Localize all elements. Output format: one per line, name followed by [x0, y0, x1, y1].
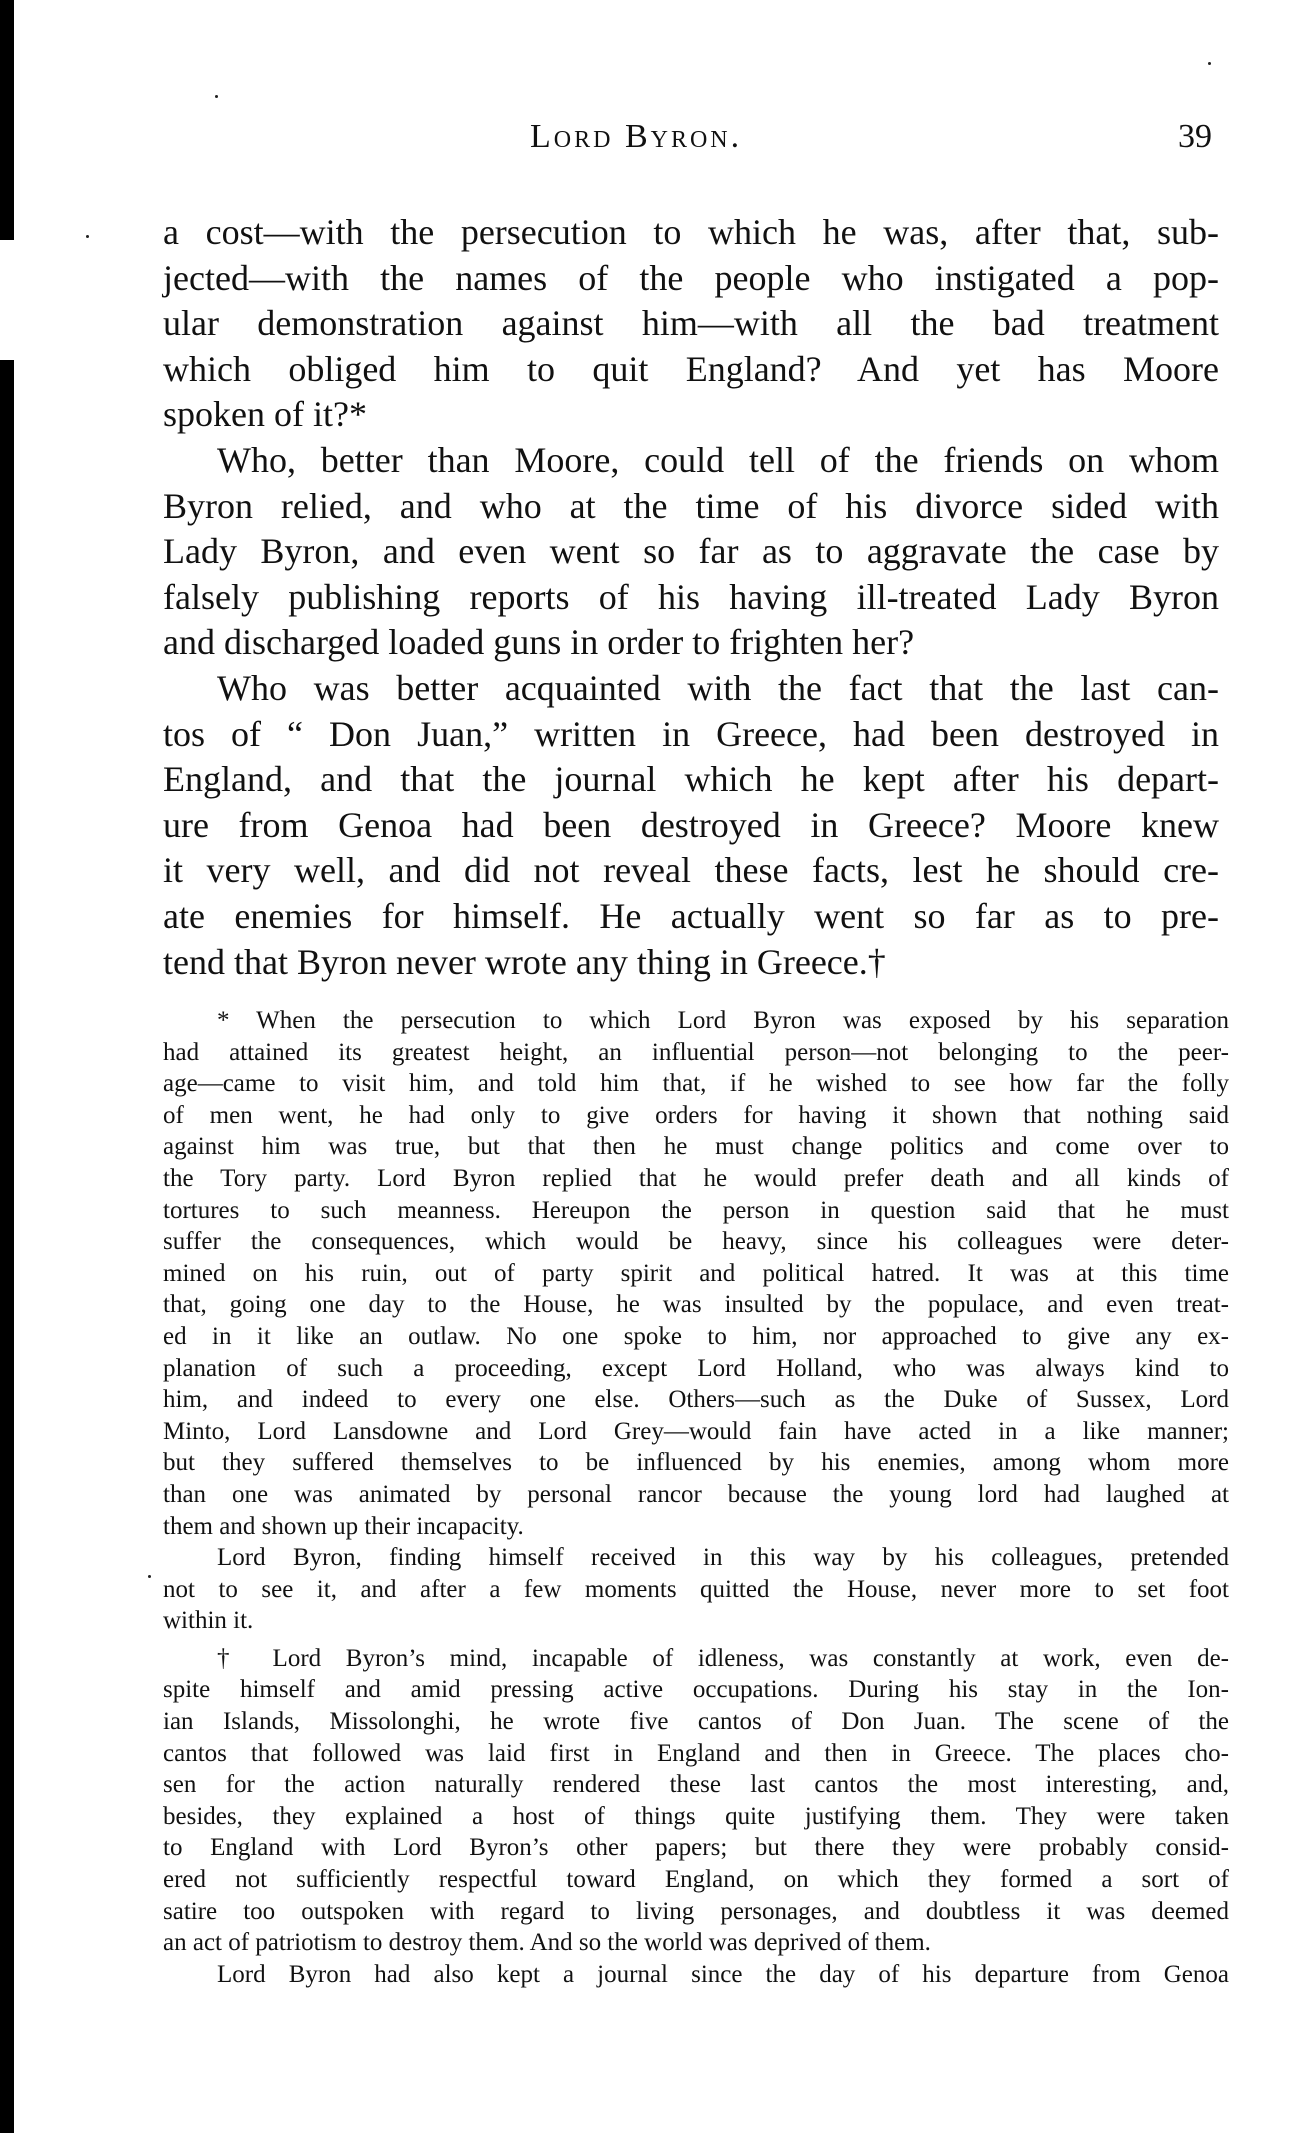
text-line: tend that Byron never wrote any thing in… — [163, 940, 1219, 986]
footnote-line: that, going one day to the House, he was… — [163, 1289, 1229, 1321]
footnote-line: spite himself and amid pressing active o… — [163, 1674, 1229, 1706]
text-line: England, and that the journal which he k… — [163, 757, 1219, 803]
scan-speck — [215, 95, 218, 98]
text-line: Who, better than Moore, could tell of th… — [163, 438, 1219, 484]
footnote-line: ian Islands, Missolonghi, he wrote five … — [163, 1706, 1229, 1738]
text-line: Who was better acquainted with the fact … — [163, 666, 1219, 712]
text-line: ure from Genoa had been destroyed in Gre… — [163, 803, 1219, 849]
footnote-line: Minto, Lord Lansdowne and Lord Grey—woul… — [163, 1416, 1229, 1448]
footnote-line: of men went, he had only to give orders … — [163, 1100, 1229, 1132]
text-line: tos of “ Don Juan,” written in Greece, h… — [163, 712, 1219, 758]
text-line: jected—with the names of the people who … — [163, 256, 1219, 302]
footnote-line: to England with Lord Byron’s other paper… — [163, 1832, 1229, 1864]
footnote-line: age—came to visit him, and told him that… — [163, 1068, 1229, 1100]
footnote-line: Lord Byron, finding himself received in … — [163, 1542, 1229, 1574]
footnote-line: than one was animated by personal rancor… — [163, 1479, 1229, 1511]
footnote-line: but they suffered themselves to be influ… — [163, 1447, 1229, 1479]
scan-edge-shadow-bottom — [0, 360, 14, 2133]
footnote-line: the Tory party. Lord Byron replied that … — [163, 1163, 1229, 1195]
text-line: which obliged him to quit England? And y… — [163, 347, 1219, 393]
text-line: Byron relied, and who at the time of his… — [163, 484, 1219, 530]
footnote-line: * When the persecution to which Lord Byr… — [163, 1005, 1229, 1037]
scan-speck — [148, 1575, 151, 1578]
footnote-line: mined on his ruin, out of party spirit a… — [163, 1258, 1229, 1290]
footnote-asterisk: * When the persecution to which Lord Byr… — [163, 1005, 1229, 1637]
footnote-line: ered not sufficiently respectful toward … — [163, 1864, 1229, 1896]
main-text: a cost—with the persecution to which he … — [163, 210, 1219, 985]
page-number: 39 — [1178, 118, 1212, 156]
footnote-line: suffer the consequences, which would be … — [163, 1226, 1229, 1258]
footnote-line: had attained its greatest height, an inf… — [163, 1037, 1229, 1069]
text-line: and discharged loaded guns in order to f… — [163, 620, 1219, 666]
text-line: spoken of it?* — [163, 392, 1219, 438]
page-header: Lord Byron. 39 — [0, 118, 1305, 168]
footnote-line: him, and indeed to every one else. Other… — [163, 1384, 1229, 1416]
text-line: it very well, and did not reveal these f… — [163, 848, 1219, 894]
footnote-line: not to see it, and after a few moments q… — [163, 1574, 1229, 1606]
footnote-line: tortures to such meanness. Hereupon the … — [163, 1195, 1229, 1227]
footnote-dagger: † Lord Byron’s mind, incapable of idlene… — [163, 1643, 1229, 1991]
footnote-line: cantos that followed was laid first in E… — [163, 1738, 1229, 1770]
footnote-line: an act of patriotism to destroy them. An… — [163, 1927, 1229, 1959]
footnote-line: ed in it like an outlaw. No one spoke to… — [163, 1321, 1229, 1353]
paragraph: Who was better acquainted with the fact … — [163, 666, 1219, 985]
scan-speck — [1208, 62, 1211, 65]
text-line: ate enemies for himself. He actually wen… — [163, 894, 1219, 940]
scan-speck — [86, 235, 89, 238]
footnote-line: against him was true, but that then he m… — [163, 1131, 1229, 1163]
footnote-line: satire too outspoken with regard to livi… — [163, 1896, 1229, 1928]
footnote-line: Lord Byron had also kept a journal since… — [163, 1959, 1229, 1991]
footnote-line: them and shown up their incapacity. — [163, 1511, 1229, 1543]
footnote-line: besides, they explained a host of things… — [163, 1801, 1229, 1833]
text-line: falsely publishing reports of his having… — [163, 575, 1219, 621]
text-line: Lady Byron, and even went so far as to a… — [163, 529, 1219, 575]
footnote-line: † Lord Byron’s mind, incapable of idlene… — [163, 1643, 1229, 1675]
paragraph: Who, better than Moore, could tell of th… — [163, 438, 1219, 666]
text-line: a cost—with the persecution to which he … — [163, 210, 1219, 256]
footnote-line: planation of such a proceeding, except L… — [163, 1353, 1229, 1385]
footnote-line: sen for the action naturally rendered th… — [163, 1769, 1229, 1801]
footnote-line: within it. — [163, 1605, 1229, 1637]
footnotes: * When the persecution to which Lord Byr… — [163, 1005, 1229, 1990]
paragraph: a cost—with the persecution to which he … — [163, 210, 1219, 438]
text-line: ular demonstration against him—with all … — [163, 301, 1219, 347]
running-title: Lord Byron. — [530, 118, 742, 156]
